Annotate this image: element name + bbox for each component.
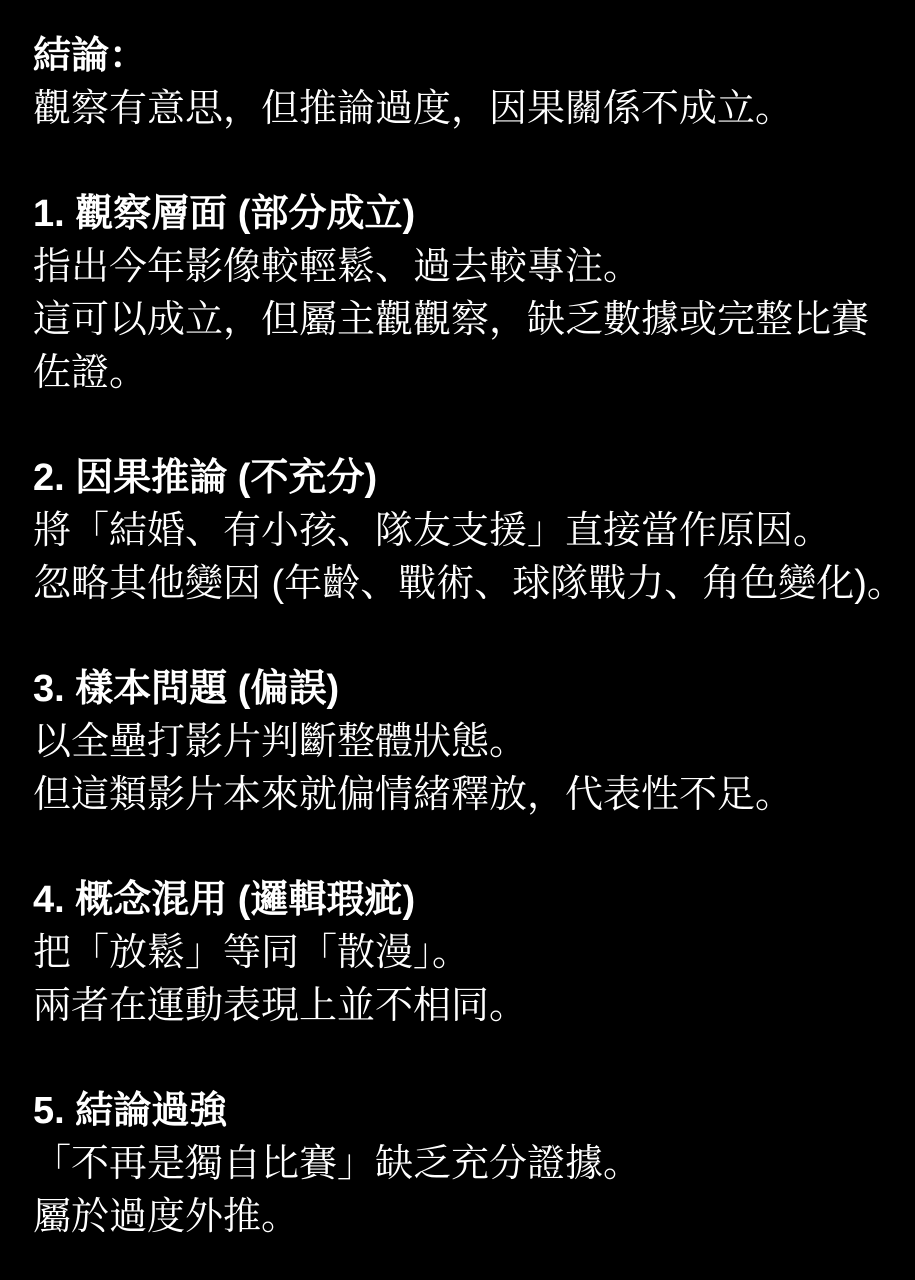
section-causality: 2. 因果推論 (不充分) 將「結婚、有小孩、隊友支援」直接當作原因。 忽略其他… xyxy=(33,452,897,611)
section-concept-mixing-line-2: 兩者在運動表現上並不相同。 xyxy=(33,980,897,1033)
section-sampling-heading: 3. 樣本問題 (偏誤) xyxy=(33,663,897,716)
section-overclaim-line-1: 「不再是獨自比賽」缺乏充分證據。 xyxy=(33,1138,897,1191)
section-observation-line-3: 佐證。 xyxy=(33,347,897,400)
section-sampling-line-1: 以全壘打影片判斷整體狀態。 xyxy=(33,716,897,769)
section-overclaim: 5. 結論過強 「不再是獨自比賽」缺乏充分證據。 屬於過度外推。 xyxy=(33,1085,897,1244)
section-observation-line-1: 指出今年影像較輕鬆、過去較專注。 xyxy=(33,241,897,294)
section-observation: 1. 觀察層面 (部分成立) 指出今年影像較輕鬆、過去較專注。 這可以成立，但屬… xyxy=(33,188,897,400)
section-concept-mixing-line-1: 把「放鬆」等同「散漫」。 xyxy=(33,927,897,980)
section-concept-mixing-heading: 4. 概念混用 (邏輯瑕疵) xyxy=(33,874,897,927)
section-causality-heading: 2. 因果推論 (不充分) xyxy=(33,452,897,505)
section-causality-line-2: 忽略其他變因 (年齡、戰術、球隊戰力、角色變化)。 xyxy=(33,558,897,611)
section-overclaim-line-2: 屬於過度外推。 xyxy=(33,1191,897,1244)
section-sampling-line-2: 但這類影片本來就偏情緒釋放，代表性不足。 xyxy=(33,769,897,822)
section-sampling: 3. 樣本問題 (偏誤) 以全壘打影片判斷整體狀態。 但這類影片本來就偏情緒釋放… xyxy=(33,663,897,822)
intro-line: 觀察有意思，但推論過度，因果關係不成立。 xyxy=(33,83,897,136)
intro-block: 結論： 觀察有意思，但推論過度，因果關係不成立。 xyxy=(33,30,897,136)
section-observation-line-2: 這可以成立，但屬主觀觀察，缺乏數據或完整比賽 xyxy=(33,294,897,347)
section-observation-heading: 1. 觀察層面 (部分成立) xyxy=(33,188,897,241)
conclusion-note: 結論： 觀察有意思，但推論過度，因果關係不成立。 1. 觀察層面 (部分成立) … xyxy=(0,0,915,1280)
intro-heading: 結論： xyxy=(33,30,897,83)
section-overclaim-heading: 5. 結論過強 xyxy=(33,1085,897,1138)
section-concept-mixing: 4. 概念混用 (邏輯瑕疵) 把「放鬆」等同「散漫」。 兩者在運動表現上並不相同… xyxy=(33,874,897,1033)
section-causality-line-1: 將「結婚、有小孩、隊友支援」直接當作原因。 xyxy=(33,505,897,558)
